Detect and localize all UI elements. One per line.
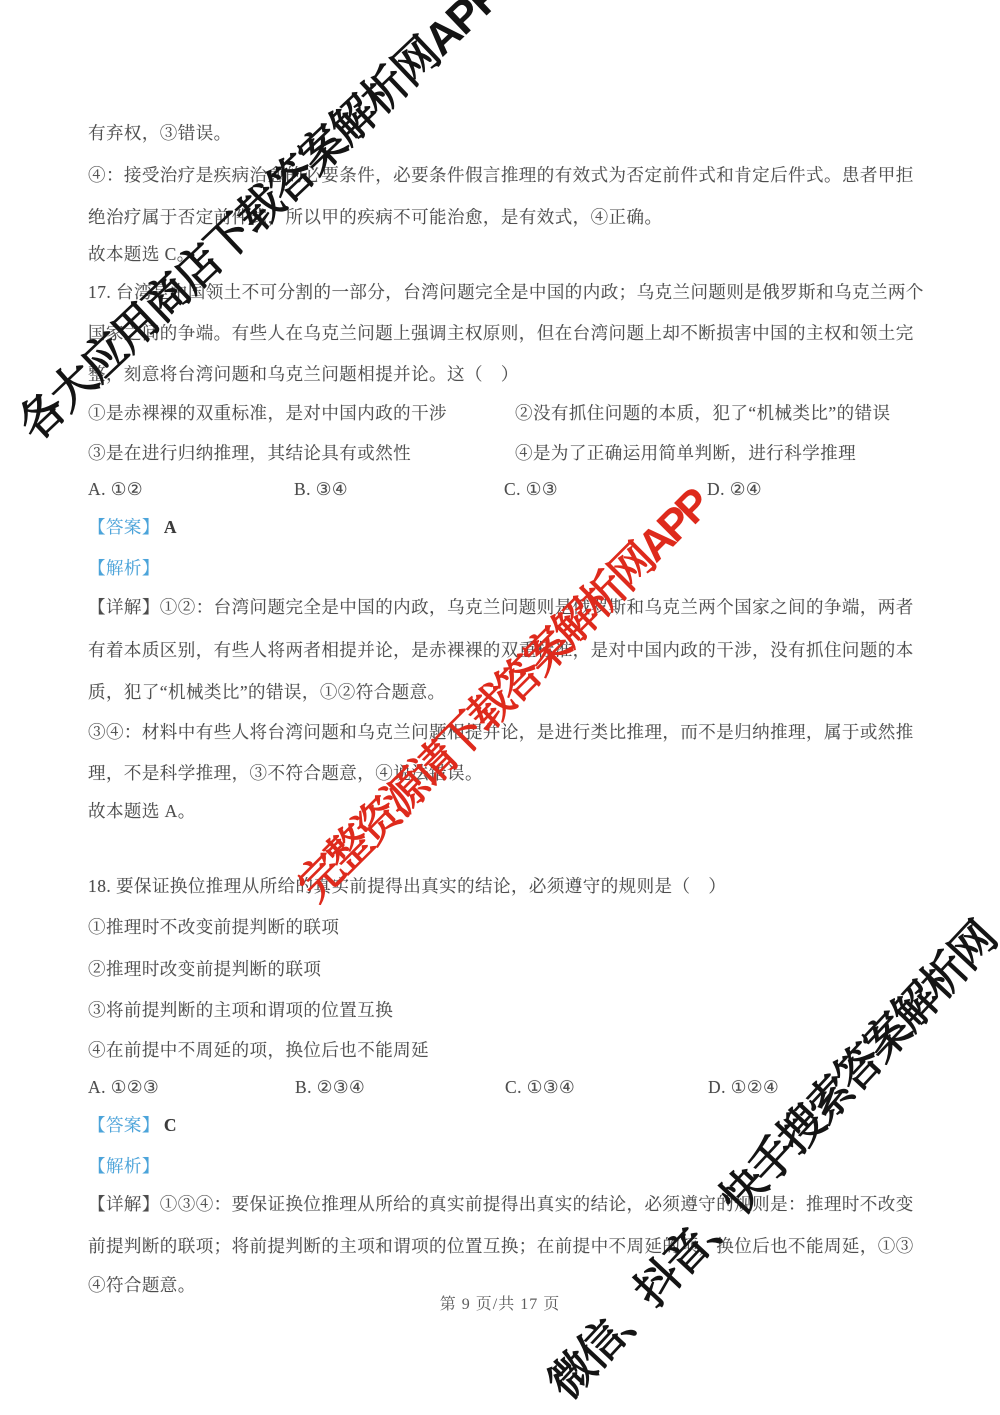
question-18-analysis-label: 【解析】 bbox=[88, 1153, 918, 1179]
question-17-detail-line: 质，犯了“机械类比”的错误，①②符合题意。 bbox=[88, 679, 918, 705]
choice-b: B. ②③④ bbox=[295, 1077, 365, 1098]
question-18-option-line: ②推理时改变前提判断的联项 bbox=[88, 956, 918, 982]
solution-text-line: 绝治疗属于否定前件式，所以甲的疾病不可能治愈，是有效式，④正确。 bbox=[88, 204, 918, 230]
choice-c: C. ①③④ bbox=[505, 1077, 575, 1098]
choice-d: D. ①②④ bbox=[708, 1077, 779, 1098]
answer-value: C bbox=[164, 1115, 177, 1135]
question-18-detail-line: 【详解】①③④：要保证换位推理从所给的真实前提得出真实的结论，必须遵守的规则是：… bbox=[88, 1191, 918, 1217]
question-18-option-line: ③将前提判断的主项和谓项的位置互换 bbox=[88, 997, 918, 1023]
answer-label: 【答案】 bbox=[88, 1115, 160, 1135]
question-17-detail-line: 【详解】①②：台湾问题完全是中国的内政，乌克兰问题则是俄罗斯和乌克兰两个国家之间… bbox=[88, 594, 918, 620]
choice-c: C. ①③ bbox=[504, 479, 558, 500]
page-number: 第 9 页/共 17 页 bbox=[0, 1291, 1000, 1314]
question-17-option-row: ①是赤裸裸的双重标准，是对中国内政的干涉 ②没有抓住问题的本质，犯了“机械类比”… bbox=[88, 400, 918, 426]
solution-conclusion: 故本题选 C。 bbox=[88, 241, 918, 267]
choice-a: A. ①②③ bbox=[88, 1077, 159, 1098]
option-item: ④是为了正确运用简单判断，进行科学推理 bbox=[515, 440, 856, 465]
question-18-detail-line: 前提判断的联项；将前提判断的主项和谓项的位置互换；在前提中不周延的项，换位后也不… bbox=[88, 1233, 918, 1259]
question-17-answer-line: 【答案】A bbox=[88, 514, 918, 540]
answer-value: A bbox=[164, 517, 177, 537]
question-18-choices-row: A. ①②③ B. ②③④ C. ①③④ D. ①②④ bbox=[88, 1077, 918, 1103]
choice-b: B. ③④ bbox=[294, 479, 348, 500]
analysis-label: 【解析】 bbox=[88, 1156, 160, 1176]
solution-text-line: 有弃权，③错误。 bbox=[88, 120, 918, 146]
choice-a: A. ①② bbox=[88, 479, 143, 500]
solution-text-line: ④：接受治疗是疾病治愈的必要条件，必要条件假言推理的有效式为否定前件式和肯定后件… bbox=[88, 162, 918, 188]
option-item: ②没有抓住问题的本质，犯了“机械类比”的错误 bbox=[515, 400, 890, 425]
question-18-option-line: ①推理时不改变前提判断的联项 bbox=[88, 914, 918, 940]
question-17-analysis-label: 【解析】 bbox=[88, 555, 918, 581]
question-17-detail-line: 理，不是科学推理，③不符合题意，④说法错误。 bbox=[88, 760, 918, 786]
answer-label: 【答案】 bbox=[88, 517, 160, 537]
choice-d: D. ②④ bbox=[707, 479, 762, 500]
question-17-stem-line: 整，刻意将台湾问题和乌克兰问题相提并论。这（ ） bbox=[88, 361, 918, 387]
question-17-stem-line: 国家之间的争端。有些人在乌克兰问题上强调主权原则，但在台湾问题上却不断损害中国的… bbox=[88, 320, 918, 346]
question-17-option-row: ③是在进行归纳推理，其结论具有或然性 ④是为了正确运用简单判断，进行科学推理 bbox=[88, 440, 918, 466]
question-17-choices-row: A. ①② B. ③④ C. ①③ D. ②④ bbox=[88, 479, 918, 505]
question-18-stem-line: 18. 要保证换位推理从所给的真实前提得出真实的结论，必须遵守的规则是（ ） bbox=[88, 873, 918, 899]
document-page: 有弃权，③错误。 ④：接受治疗是疾病治愈的必要条件，必要条件假言推理的有效式为否… bbox=[0, 0, 1000, 1415]
question-18-option-line: ④在前提中不周延的项，换位后也不能周延 bbox=[88, 1037, 918, 1063]
question-17-detail-line: 有着本质区别，有些人将两者相提并论，是赤裸裸的双重标准，是对中国内政的干涉，没有… bbox=[88, 637, 918, 663]
question-18-answer-line: 【答案】C bbox=[88, 1112, 918, 1138]
question-17-conclusion: 故本题选 A。 bbox=[88, 798, 918, 824]
question-17-detail-line: ③④：材料中有些人将台湾问题和乌克兰问题相提并论，是进行类比推理，而不是归纳推理… bbox=[88, 719, 918, 745]
question-17-stem-line: 17. 台湾是中国领土不可分割的一部分，台湾问题完全是中国的内政；乌克兰问题则是… bbox=[88, 279, 918, 305]
option-item: ①是赤裸裸的双重标准，是对中国内政的干涉 bbox=[88, 400, 447, 425]
analysis-label: 【解析】 bbox=[88, 558, 160, 578]
option-item: ③是在进行归纳推理，其结论具有或然性 bbox=[88, 440, 411, 465]
